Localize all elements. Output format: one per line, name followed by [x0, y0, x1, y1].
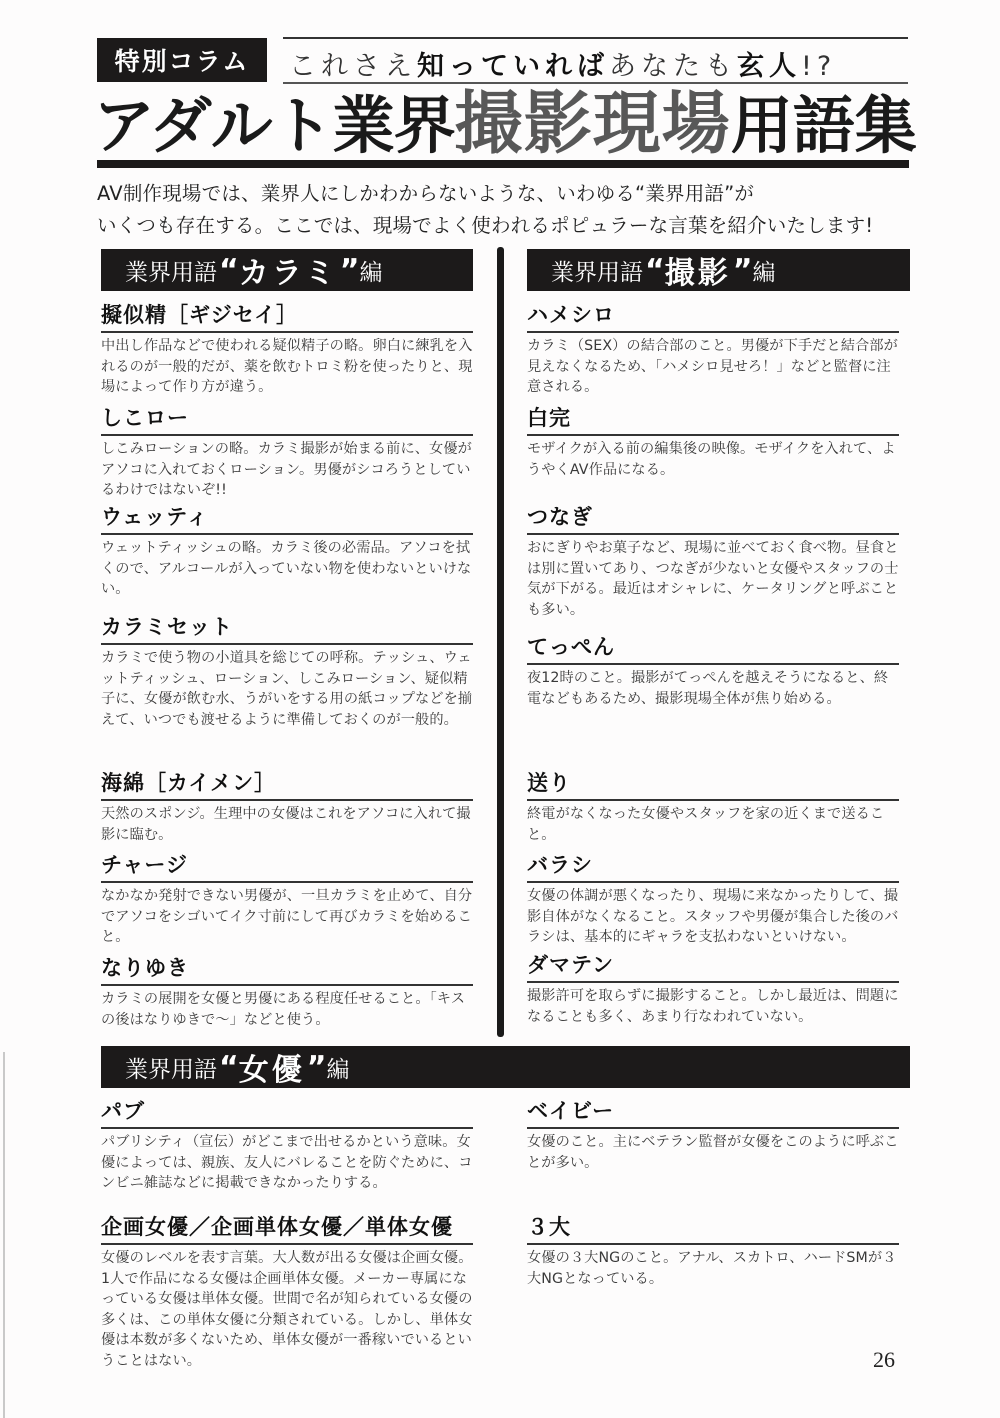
term-title: ベイビー — [527, 1097, 899, 1129]
term-title: 海綿［カイメン］ — [101, 769, 473, 801]
term-description: 撮影許可を取らずに撮影すること。しかし最近は、問題になることも多く、あまり行なわ… — [527, 986, 899, 1027]
term-title: しこロー — [101, 404, 473, 436]
tagline-part: !? — [801, 51, 836, 82]
term-title: 擬似精［ギジセイ］ — [101, 301, 473, 333]
term-entry: ハメシロ カラミ（SEX）の結合部のこと。男優が下手だと結合部が見えなくなるため… — [527, 301, 899, 398]
tagline-box: これさえ知っていればあなたも玄人!? — [283, 37, 908, 84]
banner-quote: “ — [219, 253, 239, 288]
term-title: つなぎ — [527, 503, 899, 535]
tagline-part: これさえ — [289, 51, 417, 82]
banner-suffix: 編 — [359, 254, 382, 287]
banner-prefix: 業界用語 — [551, 254, 643, 287]
banner-suffix: 編 — [326, 1051, 349, 1084]
term-title: パブ — [101, 1097, 473, 1129]
term-entry: カラミセット カラミで使う物の小道具を総じての呼称。テッシュ、ウェットティッシュ… — [101, 613, 473, 730]
term-title: ハメシロ — [527, 301, 899, 333]
page-edge-line — [3, 1052, 5, 1418]
term-description: ウェットティッシュの略。カラミ後の必需品。アソコを拭くので、アルコールが入ってい… — [101, 538, 473, 600]
term-title: ３大 — [527, 1213, 899, 1245]
banner-quote: ” — [340, 253, 360, 288]
banner-suffix: 編 — [752, 254, 775, 287]
term-entry: 送り 終電がなくなった女優やスタッフを家の近くまで送ること。 — [527, 769, 899, 845]
term-entry: つなぎ おにぎりやお菓子など、現場に並べておく食べ物。昼食とは別に置いてあり、つ… — [527, 503, 899, 620]
term-title: 企画女優／企画単体女優／単体女優 — [101, 1213, 473, 1245]
term-description: しこみローションの略。カラミ撮影が始まる前に、女優がアソコに入れておくローション… — [101, 439, 473, 501]
term-description: カラミで使う物の小道具を総じての呼称。テッシュ、ウェットティッシュ、ローション、… — [101, 648, 473, 730]
term-entry: ベイビー 女優のこと。主にベテラン監督が女優をこのように呼ぶことが多い。 — [527, 1097, 899, 1173]
term-title: バラシ — [527, 851, 899, 883]
term-entry: チャージ なかなか発射できない男優が、一旦カラミを止めて、自分でアソコをシゴいて… — [101, 851, 473, 948]
term-entry: ウェッティ ウェットティッシュの略。カラミ後の必需品。アソコを拭くので、アルコー… — [101, 503, 473, 600]
term-title: てっぺん — [527, 633, 899, 665]
term-entry: ３大 女優の３大NGのこと。アナル、スカトロ、ハードSMが３大NGとなっている。 — [527, 1213, 899, 1289]
tagline-part-bold: 知っていれば — [417, 51, 609, 82]
title-rule — [97, 160, 909, 168]
banner-keyword: 撮影 — [665, 248, 731, 292]
banner-quote: “ — [645, 253, 665, 288]
column-divider — [497, 247, 504, 1037]
term-title: 白完 — [527, 404, 899, 436]
page-number: 26 — [873, 1347, 895, 1373]
term-description: 女優のレベルを表す言葉。大人数が出る女優は企画女優。1人で作品になる女優は企画単… — [101, 1248, 473, 1371]
intro-line: いくつも存在する。ここでは、現場でよく使われるポピュラーな言葉を紹介いたします! — [97, 210, 927, 242]
tagline-part-bold: 玄人 — [737, 51, 801, 82]
banner-keyword: 女優 — [239, 1045, 305, 1089]
banner-quote: ” — [733, 253, 753, 288]
term-description: なかなか発射できない男優が、一旦カラミを止めて、自分でアソコをシゴいてイク寸前に… — [101, 886, 473, 948]
banner-quote: “ — [219, 1050, 239, 1085]
term-entry: しこロー しこみローションの略。カラミ撮影が始まる前に、女優がアソコに入れておく… — [101, 404, 473, 501]
term-description: 女優の３大NGのこと。アナル、スカトロ、ハードSMが３大NGとなっている。 — [527, 1248, 899, 1289]
term-description: カラミの展開を女優と男優にある程度任せること。「キスの後はなりゆきで〜」などと使… — [101, 989, 473, 1030]
tagline-part: あなたも — [609, 51, 737, 82]
term-description: 女優のこと。主にベテラン監督が女優をこのように呼ぶことが多い。 — [527, 1132, 899, 1173]
term-title: ダマテン — [527, 951, 899, 983]
term-entry: 企画女優／企画単体女優／単体女優 女優のレベルを表す言葉。大人数が出る女優は企画… — [101, 1213, 473, 1371]
term-title: カラミセット — [101, 613, 473, 645]
tagline: これさえ知っていればあなたも玄人!? — [289, 44, 836, 83]
term-description: 夜12時のこと。撮影がてっぺんを越えそうになると、終電などもあるため、撮影現場全… — [527, 668, 899, 709]
term-entry: てっぺん 夜12時のこと。撮影がてっぺんを越えそうになると、終電などもあるため、… — [527, 633, 899, 709]
section-banner-satsuei: 業界用語“撮影”編 — [527, 249, 910, 291]
term-description: パブリシティ（宣伝）がどこまで出せるかという意味。女優によっては、親族、友人にバ… — [101, 1132, 473, 1194]
term-title: チャージ — [101, 851, 473, 883]
intro-line: AV制作現場では、業界人にしかわからないような、いわゆる“業界用語”が — [97, 178, 927, 210]
title-part-1: アダルト業界 — [93, 89, 455, 162]
banner-prefix: 業界用語 — [125, 1051, 217, 1084]
banner-keyword: カラミ — [239, 248, 338, 292]
term-entry: 海綿［カイメン］ 天然のスポンジ。生理中の女優はこれをアソコに入れて撮影に臨む。 — [101, 769, 473, 845]
banner-prefix: 業界用語 — [125, 254, 217, 287]
section-banner-karami: 業界用語“カラミ”編 — [101, 249, 473, 291]
term-title: なりゆき — [101, 954, 473, 986]
term-title: ウェッティ — [101, 503, 473, 535]
term-title: 送り — [527, 769, 899, 801]
term-description: モザイクが入る前の編集後の映像。モザイクを入れて、ようやくAV作品になる。 — [527, 439, 899, 480]
term-entry: ダマテン 撮影許可を取らずに撮影すること。しかし最近は、問題になることも多く、あ… — [527, 951, 899, 1027]
term-entry: パブ パブリシティ（宣伝）がどこまで出せるかという意味。女優によっては、親族、友… — [101, 1097, 473, 1194]
term-description: 終電がなくなった女優やスタッフを家の近くまで送ること。 — [527, 804, 899, 845]
title-part-3: 用語集 — [731, 89, 917, 162]
special-column-tag: 特別コラム — [97, 38, 267, 82]
title-part-2: 撮影現場 — [455, 85, 731, 164]
intro-text: AV制作現場では、業界人にしかわからないような、いわゆる“業界用語”が いくつも… — [97, 178, 927, 242]
term-entry: 白完 モザイクが入る前の編集後の映像。モザイクを入れて、ようやくAV作品になる。 — [527, 404, 899, 480]
term-description: 女優の体調が悪くなったり、現場に来なかったりして、撮影自体がなくなること。スタッ… — [527, 886, 899, 948]
term-entry: なりゆき カラミの展開を女優と男優にある程度任せること。「キスの後はなりゆきで〜… — [101, 954, 473, 1030]
term-description: おにぎりやお菓子など、現場に並べておく食べ物。昼食とは別に置いてあり、つなぎが少… — [527, 538, 899, 620]
section-banner-joyu: 業界用語“女優”編 — [101, 1046, 910, 1088]
term-description: 天然のスポンジ。生理中の女優はこれをアソコに入れて撮影に臨む。 — [101, 804, 473, 845]
term-description: カラミ（SEX）の結合部のこと。男優が下手だと結合部が見えなくなるため、「ハメシ… — [527, 336, 899, 398]
banner-quote: ” — [307, 1050, 327, 1085]
term-entry: 擬似精［ギジセイ］ 中出し作品などで使われる疑似精子の略。卵白に練乳を入れるのが… — [101, 301, 473, 398]
term-entry: バラシ 女優の体調が悪くなったり、現場に来なかったりして、撮影自体がなくなること… — [527, 851, 899, 948]
term-description: 中出し作品などで使われる疑似精子の略。卵白に練乳を入れるのが一般的だが、薬を飲む… — [101, 336, 473, 398]
